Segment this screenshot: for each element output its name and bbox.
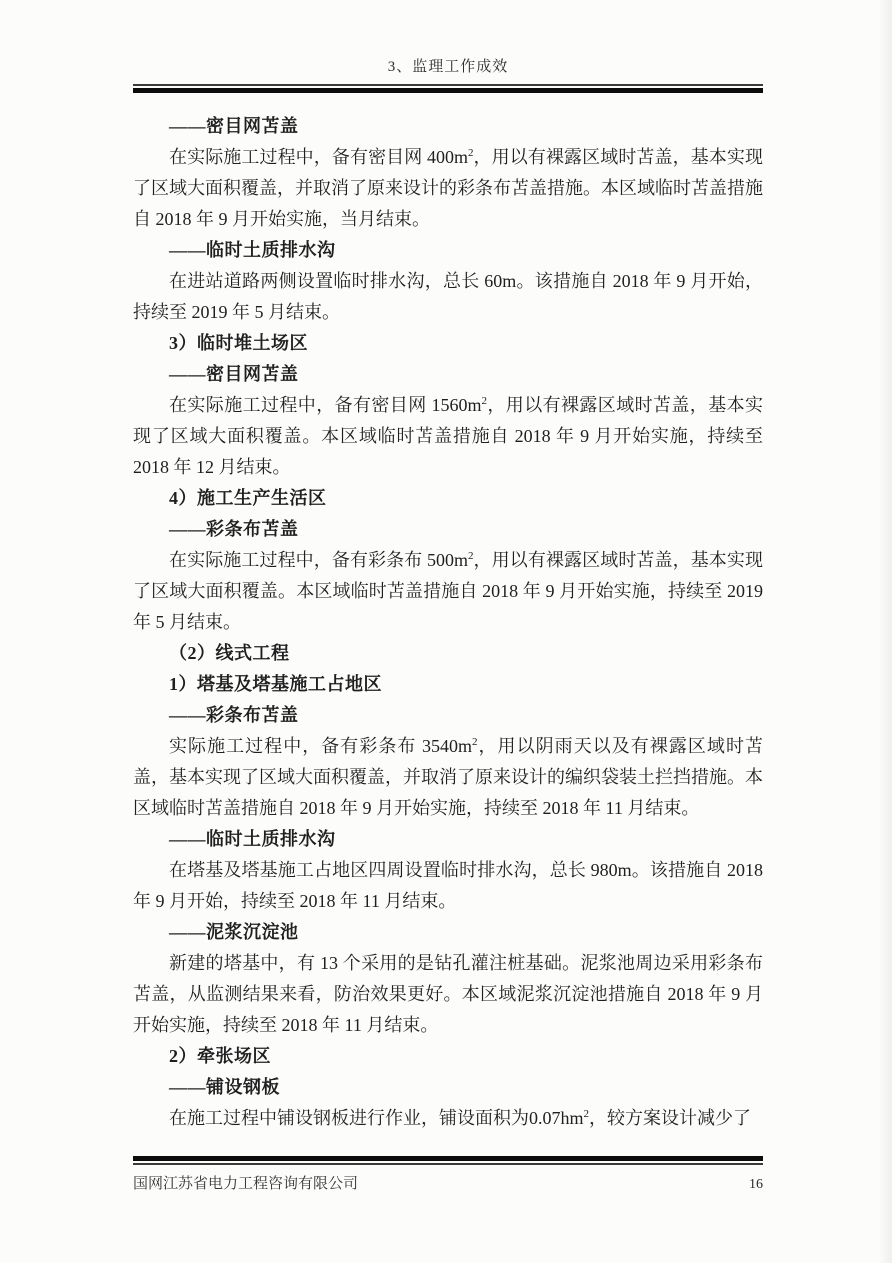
body-paragraph: 新建的塔基中，有 13 个采用的是钻孔灌注桩基础。泥浆池周边采用彩条布苫盖，从监… (133, 948, 763, 1041)
body-paragraph: 实际施工过程中，备有彩条布 3540m2，用以阴雨天以及有裸露区域时苫盖，基本实… (133, 731, 763, 824)
header-rule (133, 84, 763, 93)
section-heading: ——彩条布苫盖 (133, 514, 763, 545)
section-heading: 1）塔基及塔基施工占地区 (133, 669, 763, 700)
section-heading: 2）牵张场区 (133, 1041, 763, 1072)
section-heading: 3）临时堆土场区 (133, 328, 763, 359)
footer-row: 国网江苏省电力工程咨询有限公司 16 (133, 1172, 763, 1193)
body-paragraph: 在施工过程中铺设钢板进行作业，铺设面积为0.07hm2，较方案设计减少了 (133, 1103, 763, 1134)
section-heading: ——临时土质排水沟 (133, 824, 763, 855)
body-paragraph: 在塔基及塔基施工占地区四周设置临时排水沟，总长 980m。该措施自 2018 年… (133, 855, 763, 917)
section-heading: ——密目网苫盖 (133, 359, 763, 390)
body-paragraph: 在进站道路两侧设置临时排水沟，总长 60m。该措施自 2018 年 9 月开始，… (133, 266, 763, 328)
page-header-title: 3、监理工作成效 (133, 56, 763, 78)
section-heading: ——密目网苫盖 (133, 111, 763, 142)
page-footer: 国网江苏省电力工程咨询有限公司 16 (133, 1156, 763, 1193)
section-heading: （2）线式工程 (133, 638, 763, 669)
footer-company-name: 国网江苏省电力工程咨询有限公司 (133, 1172, 358, 1193)
footer-page-number: 16 (749, 1177, 763, 1193)
document-body: ——密目网苫盖在实际施工过程中，备有密目网 400m2，用以有裸露区域时苫盖，基… (133, 111, 763, 1134)
footer-rule (133, 1156, 763, 1165)
section-heading: 4）施工生产生活区 (133, 483, 763, 514)
body-paragraph: 在实际施工过程中，备有彩条布 500m2，用以有裸露区域时苫盖，基本实现了区域大… (133, 545, 763, 638)
document-page: 3、监理工作成效 ——密目网苫盖在实际施工过程中，备有密目网 400m2，用以有… (0, 0, 892, 1263)
section-heading: ——临时土质排水沟 (133, 235, 763, 266)
body-paragraph: 在实际施工过程中，备有密目网 400m2，用以有裸露区域时苫盖，基本实现了区域大… (133, 142, 763, 235)
section-heading: ——泥浆沉淀池 (133, 917, 763, 948)
content-column: 3、监理工作成效 ——密目网苫盖在实际施工过程中，备有密目网 400m2，用以有… (133, 56, 763, 1134)
section-heading: ——铺设钢板 (133, 1072, 763, 1103)
section-heading: ——彩条布苫盖 (133, 700, 763, 731)
body-paragraph: 在实际施工过程中，备有密目网 1560m2，用以有裸露区域时苫盖，基本实现了区域… (133, 390, 763, 483)
